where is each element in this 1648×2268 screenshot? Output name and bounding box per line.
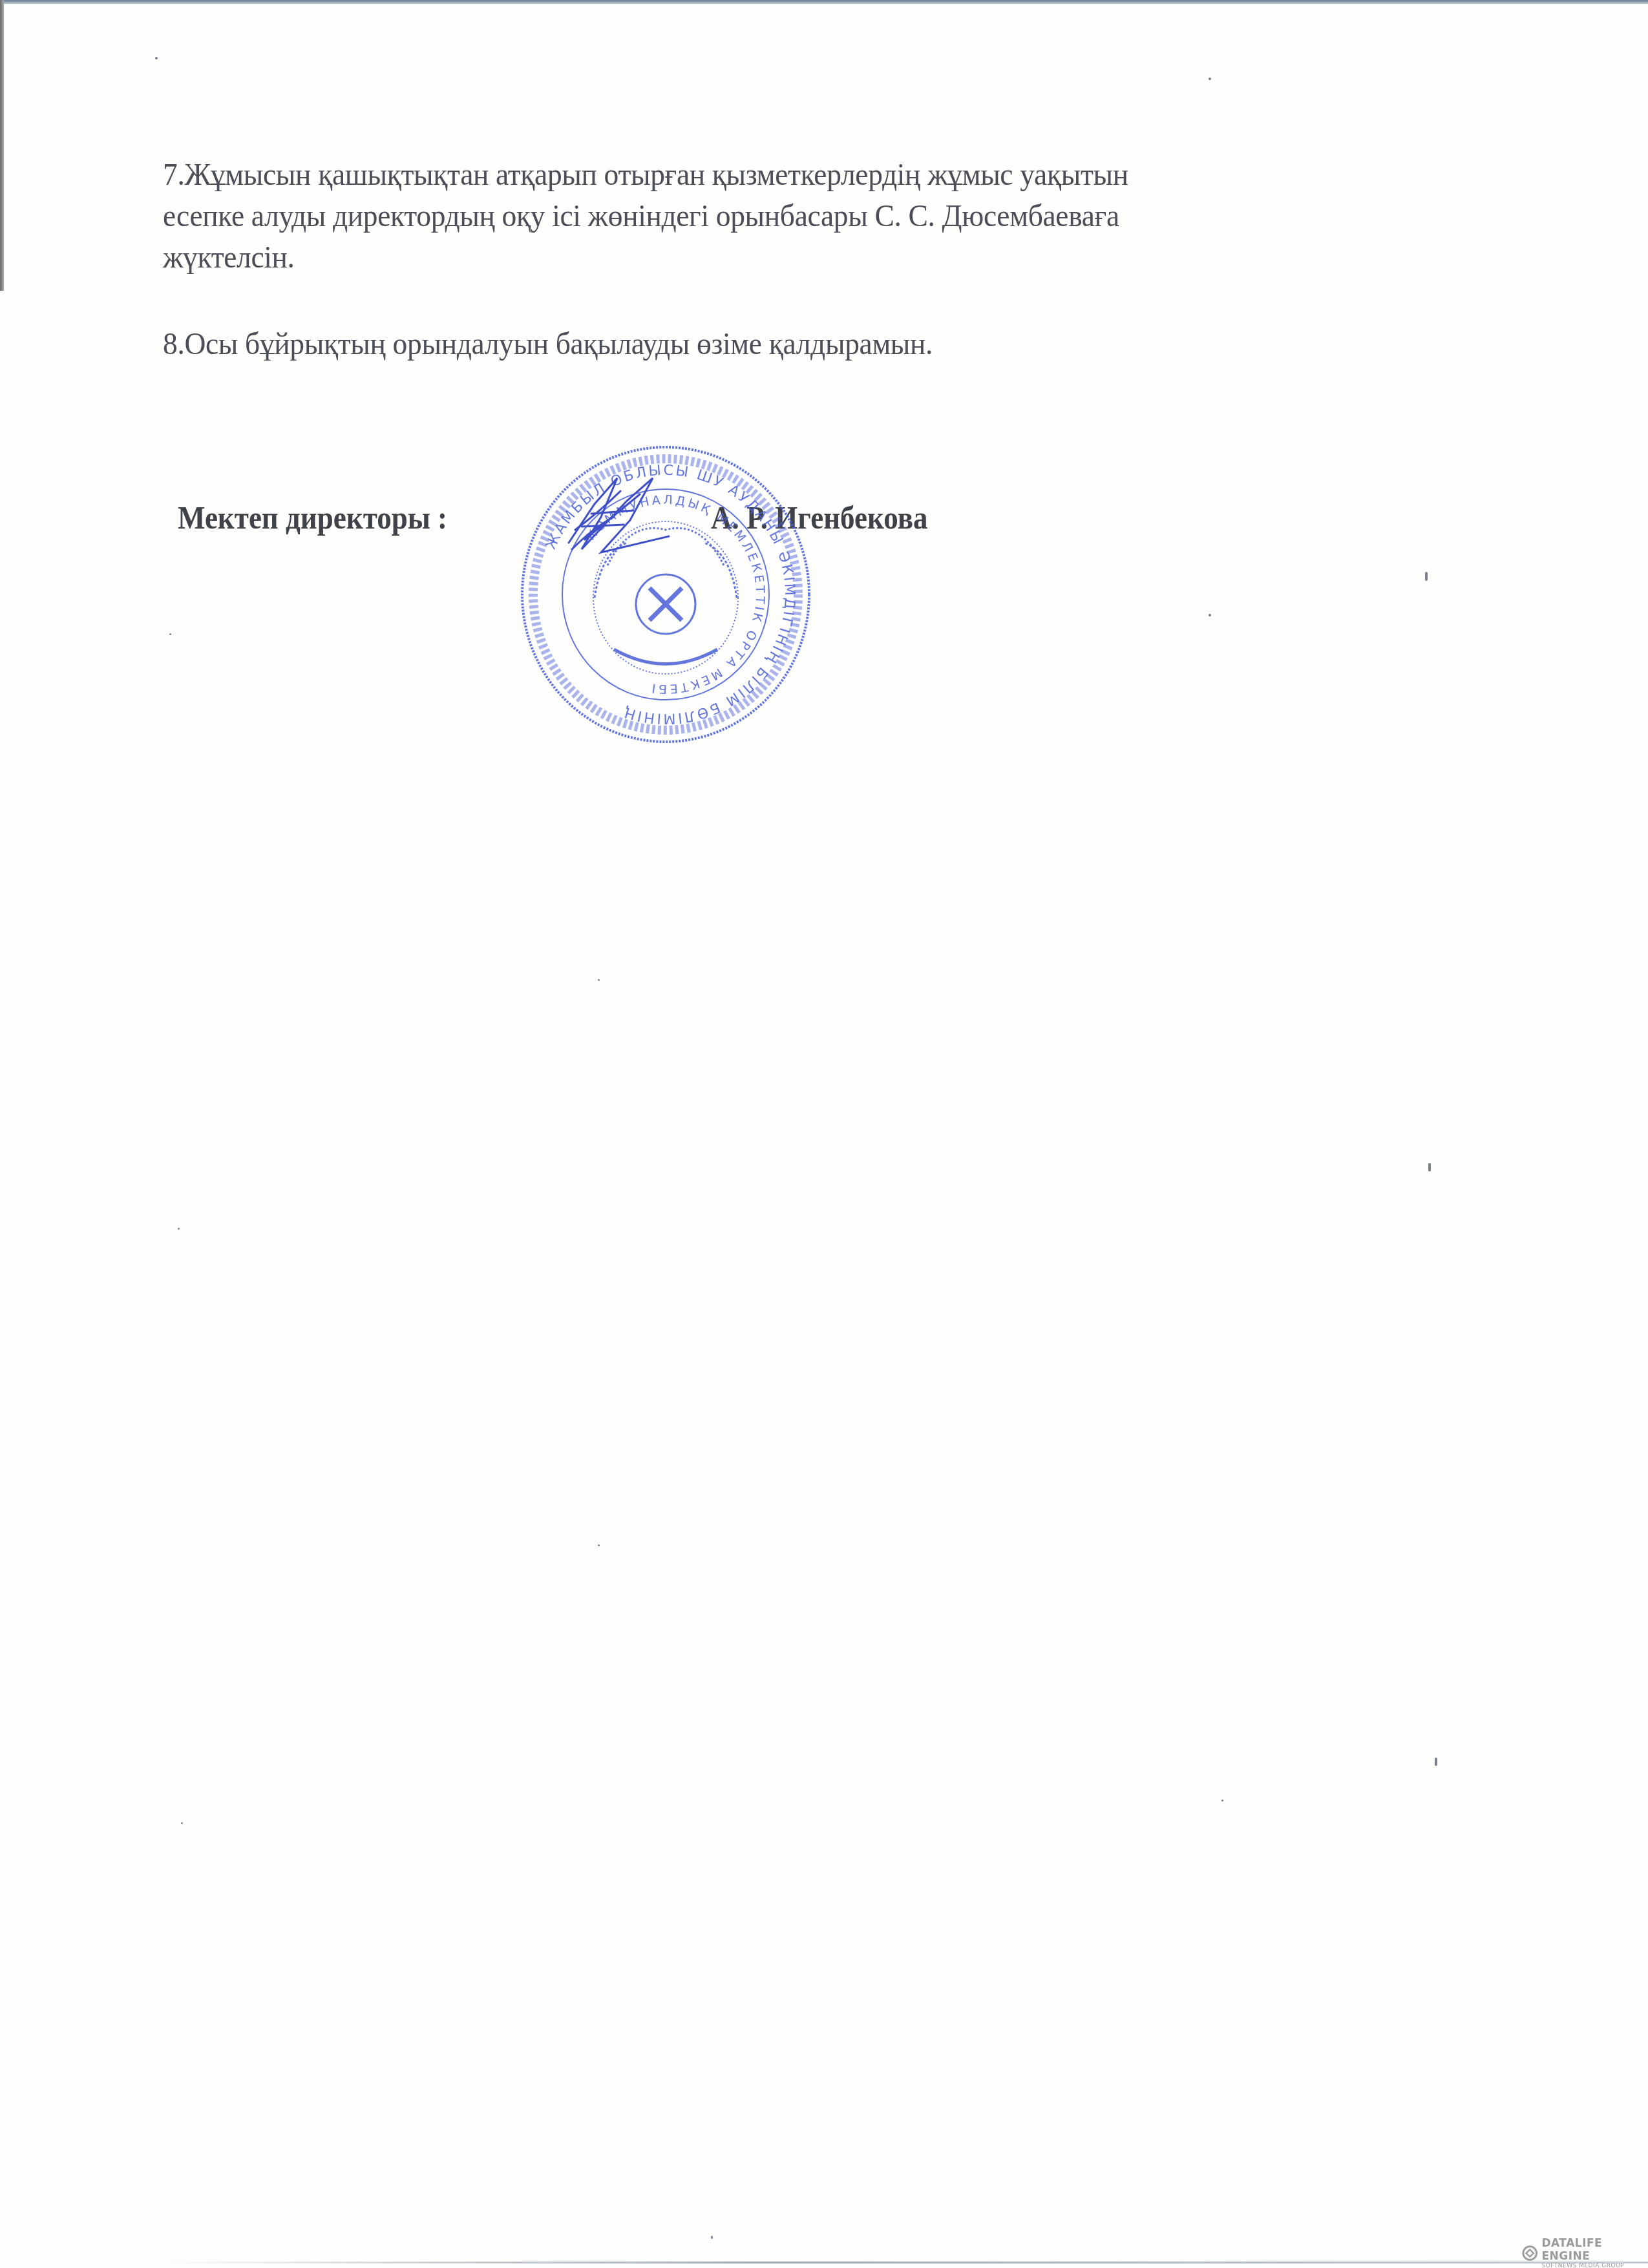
paragraph-8-line-1: 8.Осы бұйрықтың орындалуын бақылауды өзі… xyxy=(163,323,933,364)
scan-speck xyxy=(178,1228,180,1230)
scan-speck xyxy=(598,1544,600,1546)
scan-speck xyxy=(1209,614,1211,616)
scan-speck xyxy=(1209,78,1211,80)
paragraph-7-line-1: 7.Жұмысын қашықтықтан атқарып отырған қы… xyxy=(163,154,1128,195)
paragraph-8: 8.Осы бұйрықтың орындалуын бақылауды өзі… xyxy=(163,323,933,364)
datalife-logo-icon xyxy=(1522,2245,1537,2262)
scan-speck xyxy=(1435,1758,1437,1766)
scan-speck xyxy=(1221,1800,1223,1801)
scan-speck xyxy=(169,633,171,635)
scan-speck xyxy=(181,1822,183,1824)
watermark-subtitle: SOFTNEWS MEDIA GROUP xyxy=(1541,2263,1648,2268)
scan-bottom-edge xyxy=(162,2262,1648,2263)
scan-speck xyxy=(1425,572,1428,581)
scan-speck xyxy=(711,2236,713,2239)
scan-top-edge xyxy=(0,0,1648,4)
paragraph-7: 7.Жұмысын қашықтықтан атқарып отырған қы… xyxy=(163,154,1128,278)
scan-speck xyxy=(155,57,158,59)
paragraph-7-line-2: есепке алуды директордың оқу ісі жөнінде… xyxy=(163,195,1128,236)
watermark: DATALIFE ENGINE SOFTNEWS MEDIA GROUP xyxy=(1522,2237,1648,2268)
handwritten-signature-icon xyxy=(556,465,672,562)
watermark-title: DATALIFE ENGINE xyxy=(1541,2237,1648,2263)
scan-speck xyxy=(1428,1163,1431,1171)
paragraph-7-line-3: жүктелсін. xyxy=(163,236,1128,278)
scan-speck xyxy=(598,979,600,981)
scan-left-edge xyxy=(0,0,4,291)
signature-label: Мектеп директоры : xyxy=(178,499,447,536)
